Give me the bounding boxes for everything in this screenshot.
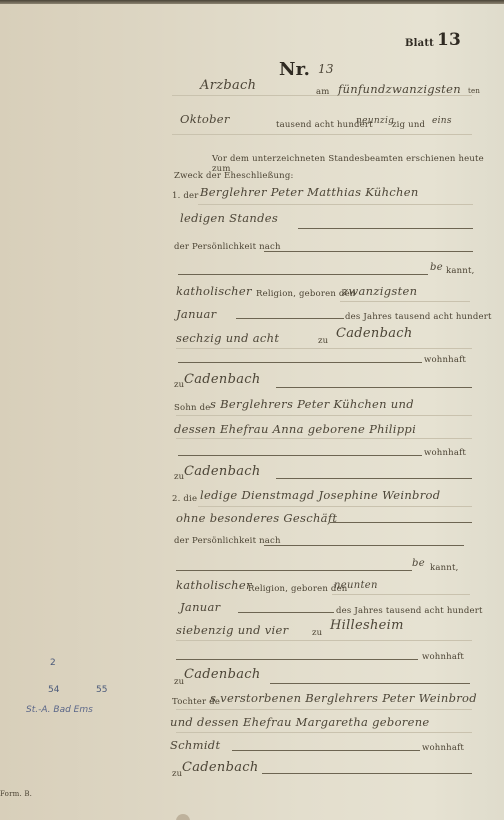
guide-line [176, 348, 472, 349]
register-page: Blatt 13 Nr. 13 Arzbach am fünfundzwanzi… [0, 4, 504, 820]
margin-note-mark: 2 [50, 658, 56, 668]
bride-parents-residence-prefix: zu [172, 769, 182, 779]
fill-line [276, 387, 472, 388]
groom-residence: Cadenbach [184, 372, 261, 387]
fill-line [176, 570, 412, 571]
bride-residence: Cadenbach [184, 667, 261, 682]
bride-birth-place: Hillesheim [330, 618, 404, 633]
place-value: Arzbach [200, 78, 256, 93]
guide-line [340, 301, 470, 302]
bride-name-line2: ohne besonderes Geschäft [176, 511, 337, 525]
groom-parents-residence: Cadenbach [184, 464, 261, 479]
fill-line [178, 362, 422, 363]
fill-line [262, 773, 472, 774]
guide-line [198, 506, 472, 507]
groom-number-label: 1. der [172, 191, 199, 201]
groom-name-line1: Berglehrer Peter Matthias Kühchen [200, 185, 419, 199]
bride-religion-value: katholischer [176, 578, 252, 592]
guide-line [172, 134, 472, 135]
bride-birth-year: siebenzig und vier [176, 623, 288, 637]
bride-religion-label: Religion, geboren den [248, 584, 347, 594]
guide-line [198, 204, 473, 205]
groom-resident-label: wohnhaft [424, 355, 466, 365]
fill-line [298, 228, 473, 229]
bride-parents-resident-label: wohnhaft [422, 743, 464, 753]
fill-line [264, 545, 464, 546]
margin-ref-right: 55 [96, 685, 107, 695]
bride-birth-day: neunten [334, 580, 378, 591]
groom-birth-day: zwanzigsten [342, 284, 417, 298]
fill-line [176, 659, 418, 660]
groom-parents-residence-prefix: zu [174, 472, 184, 482]
groom-parents-line1: s Berglehrers Peter Kühchen und [210, 397, 414, 411]
bride-known-value: be [412, 558, 425, 569]
groom-religion-label: Religion, geboren den [256, 289, 355, 299]
blatt-label: Blatt [405, 38, 434, 49]
bride-parents-residence: Cadenbach [182, 760, 259, 775]
margin-office-note: St.-A. Bad Ems [26, 705, 93, 715]
bride-parents-line2: und dessen Ehefrau Margaretha geborene [170, 715, 430, 729]
groom-religion-value: katholischer [176, 284, 252, 298]
bride-parents-line1: s verstorbenen Berglehrers Peter Weinbro… [210, 691, 477, 705]
groom-known-label: kannt, [446, 266, 475, 276]
bride-known-label: kannt, [430, 563, 459, 573]
nr-label: Nr. [279, 59, 310, 80]
groom-birth-year: sechzig und acht [176, 331, 279, 345]
fill-line [330, 522, 472, 523]
groom-born-at-label: zu [318, 336, 328, 346]
groom-year-label: des Jahres tausend acht hundert [345, 312, 492, 322]
groom-name-line2: ledigen Standes [180, 211, 278, 225]
bride-resident-label: wohnhaft [422, 652, 464, 662]
month-value: Oktober [180, 112, 230, 126]
nr-value: 13 [318, 62, 334, 76]
bride-parents-line3: Schmidt [170, 738, 220, 752]
blatt-number: 13 [437, 30, 461, 50]
bride-birth-month: Januar [180, 600, 220, 614]
fill-line [264, 251, 473, 252]
fill-line [178, 274, 428, 275]
fill-line [236, 318, 344, 319]
form-label: Form. B. [0, 790, 32, 798]
guide-line [176, 709, 472, 710]
groom-residence-prefix: zu [174, 380, 184, 390]
groom-parents-resident-label: wohnhaft [424, 448, 466, 458]
fill-line [270, 683, 470, 684]
guide-line [176, 438, 472, 439]
am-label: am [316, 87, 330, 97]
groom-birth-place: Cadenbach [336, 326, 413, 341]
preamble-line2: Zweck der Eheschließung: [174, 171, 294, 181]
margin-ref-left: 54 [48, 685, 59, 695]
day-value: fünfundzwanzigsten [338, 82, 461, 96]
fill-line [238, 612, 334, 613]
guide-line [176, 640, 472, 641]
day-suffix: ten [468, 87, 480, 95]
decade-value: neunzig [356, 116, 394, 126]
stain-mark [176, 814, 190, 820]
guide-line [176, 415, 472, 416]
guide-line [176, 732, 472, 733]
bride-born-at-label: zu [312, 628, 322, 638]
zig-label: zig und [392, 120, 425, 130]
fill-line [232, 750, 420, 751]
groom-parents-line2: dessen Ehefrau Anna geborene Philippi [174, 422, 416, 436]
fill-line [276, 478, 472, 479]
groom-son-label: Sohn de [174, 403, 210, 413]
guide-line [332, 594, 470, 595]
groom-known-value: be [430, 262, 443, 273]
fill-line [178, 455, 422, 456]
bride-number-label: 2. die [172, 494, 197, 504]
year-unit-value: eins [432, 116, 452, 126]
bride-name-line1: ledige Dienstmagd Josephine Weinbrod [200, 488, 440, 502]
groom-birth-month: Januar [176, 307, 216, 321]
bride-residence-prefix: zu [174, 677, 184, 687]
bride-year-label: des Jahres tausend acht hundert [336, 606, 483, 616]
